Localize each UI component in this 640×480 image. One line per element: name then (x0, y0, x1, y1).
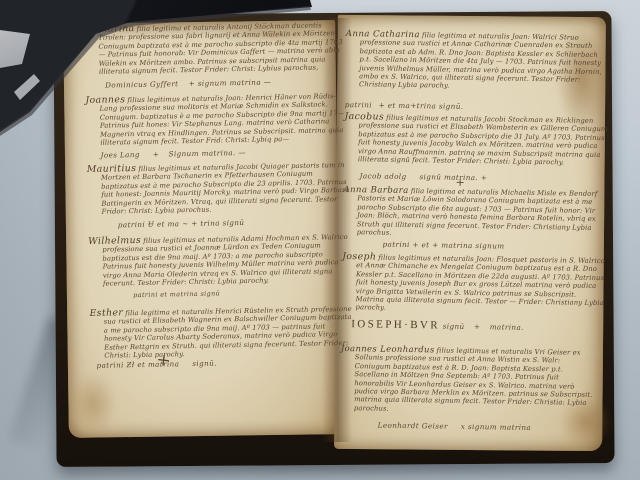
signature-note: signū + matrina. (443, 322, 524, 332)
baptism-entry: Mauritiusfilius legitimus et naturalis J… (87, 161, 352, 216)
photo-scene: Catharinafilia legitima et naturalis Ant… (0, 0, 640, 480)
entry-body: filia legitima et naturalis Michaelis Mi… (357, 187, 598, 237)
signature-line: Leonhardt Geiser x signum matrina (378, 422, 532, 432)
baptism-entry: Estherfilia legitima et naturalis Henric… (89, 305, 354, 360)
baptism-entry: Catharinafilia legitima et naturalis Ant… (84, 21, 349, 76)
baptism-entry: Wilhelmusfilius legitimus et naturalis A… (88, 233, 353, 288)
entry-body: filia legitima et naturalis Henrici Rüst… (104, 305, 352, 360)
printed-signature: IOSEPH·BVR (351, 318, 440, 331)
baptism-entry: Jacobusfilius legitimus et naturalis Jac… (344, 113, 609, 168)
baptism-entry: Anna Catharinafilia legitima et naturali… (345, 30, 610, 93)
entry-body: filia legitima et naturalis Joan: Walric… (359, 31, 602, 90)
signature-line: Dominicus Gyffert + signum matrina — (105, 78, 271, 89)
right-page-text: Anna Catharinafilia legitima et naturali… (339, 24, 600, 452)
signature-line: Joes Lang + Signum matrina. — (100, 149, 246, 160)
signature-line: Jacob adolg signū matrina. + (360, 172, 488, 182)
baptism-entry: Anna Barbarafilia legitima et naturalis … (343, 186, 608, 241)
entry-body: filius legitimus et naturalis Joan: Flos… (355, 254, 604, 313)
entry-body: filia legitima et naturalis Antonij Stöc… (98, 21, 343, 75)
printed-signature-line: IOSEPH·BVR signū + matrina. (351, 320, 524, 332)
entry-body: filius legitimus et naturalis Vri Geiser… (354, 346, 593, 412)
entry-body: filius legitimus et naturalis Joan: Henr… (100, 92, 345, 147)
signature-line: patrini et matrina signū (133, 289, 220, 299)
cross-mark: + (155, 350, 172, 372)
signature-line: patrini + et + matrina signum (382, 241, 504, 251)
left-page-text: Catharinafilia legitima et naturalis Ant… (84, 19, 346, 428)
baptism-entry: Joannesfilius legitimus et naturalis Joa… (85, 92, 350, 147)
entry-body: filius legitimus et naturalis Jacobi Qui… (101, 161, 350, 216)
entry-body: filius legitimus et naturalis Jacobi Sto… (358, 114, 608, 167)
baptism-entry: Joannes Leonhardusfilius legitimus et na… (340, 344, 597, 416)
baptism-entry: Josephfilius legitimus et naturalis Joan… (341, 253, 606, 316)
signature-line: patrini + et ma+trina signū. (345, 101, 464, 111)
signature-line: patrini Ʉ et ma ~ + trina signū (118, 219, 245, 229)
